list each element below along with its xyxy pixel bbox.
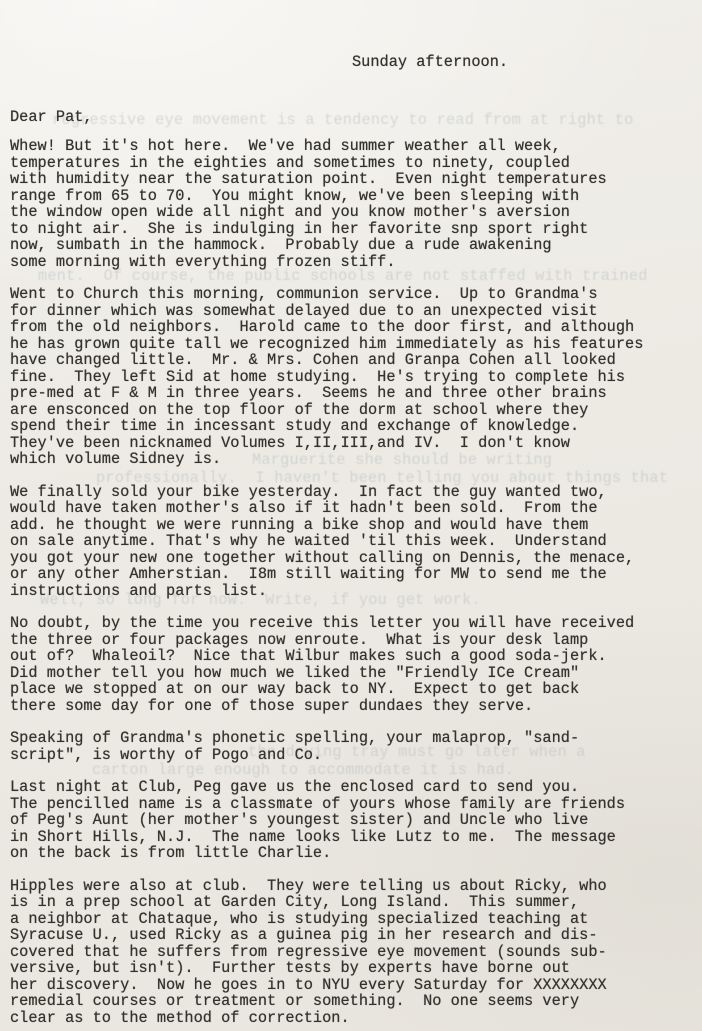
letter-paragraph: No doubt, by the time you receive this l… xyxy=(10,615,694,714)
date-line: Sunday afternoon. xyxy=(10,54,694,71)
letter-paragraph: Hipples were also at club. They were tel… xyxy=(10,878,694,1027)
letter-paragraph: Last night at Club, Peg gave us the encl… xyxy=(10,779,694,862)
letter-content: Sunday afternoon. Dear Pat, Whew! But it… xyxy=(10,0,694,1026)
letter-paragraph: Whew! But it's hot here. We've had summe… xyxy=(10,138,694,270)
letter-page: regressive eye movement is a tendency to… xyxy=(0,0,702,1031)
letter-paragraph: We finally sold your bike yesterday. In … xyxy=(10,484,694,600)
salutation: Dear Pat, xyxy=(10,109,694,126)
letter-paragraph: Speaking of Grandma's phonetic spelling,… xyxy=(10,730,694,763)
letter-paragraph: Went to Church this morning, communion s… xyxy=(10,286,694,468)
